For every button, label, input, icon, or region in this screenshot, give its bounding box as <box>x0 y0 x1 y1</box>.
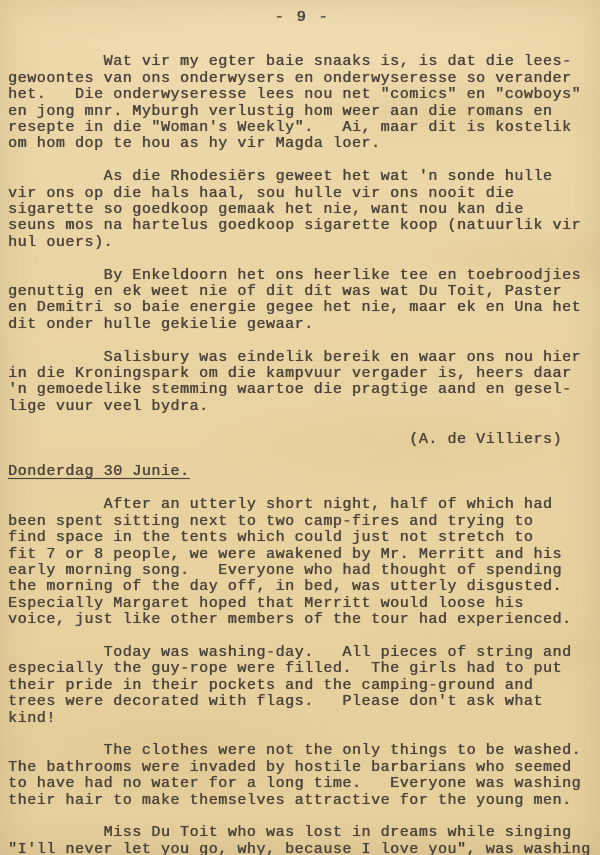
heading: Donderdag 30 Junie. <box>8 464 596 480</box>
text-line: to have had no water for a long time. Ev… <box>8 776 596 792</box>
paragraph: Wat vir my egter baie snaaks is, is dat … <box>8 54 596 152</box>
text-line: sigarette so goedkoop gemaak het nie, wa… <box>8 202 596 218</box>
paragraph: Salisbury was eindelik bereik en waar on… <box>8 350 596 416</box>
text-line: het. Die onderwyseresse lees nou net "co… <box>8 87 596 103</box>
text-line: especially the guy-rope were filled. The… <box>8 661 596 677</box>
text-line: dit onder hulle gekielie gewaar. <box>8 317 596 333</box>
text-line: Salisbury was eindelik bereik en waar on… <box>8 350 596 366</box>
text-line: their pride in their pockets and the cam… <box>8 678 596 694</box>
text-line: voice, just like other members of the to… <box>8 612 596 628</box>
text-line: Wat vir my egter baie snaaks is, is dat … <box>8 54 596 70</box>
text-line: hul ouers). <box>8 235 596 251</box>
text-line: seuns mos na hartelus goedkoop sigarette… <box>8 218 596 234</box>
paragraph: After an utterly short night, half of wh… <box>8 497 596 628</box>
text-line: As die Rhodesiërs geweet het wat 'n sond… <box>8 169 596 185</box>
document-page: - 9 - Wat vir my egter baie snaaks is, i… <box>0 0 600 855</box>
text-line: After an utterly short night, half of wh… <box>8 497 596 513</box>
paragraph: Today was washing-day. All pieces of str… <box>8 645 596 727</box>
text-line: "I'll never let you go, why, because I l… <box>8 842 596 855</box>
text-line: om hom dop te hou as hy vir Magda loer. <box>8 136 596 152</box>
text-line: en jong mnr. Myburgh verlustig hom weer … <box>8 104 596 120</box>
text-line: By Enkeldoorn het ons heerlike tee en to… <box>8 268 596 284</box>
text-line: gewoontes van ons onderwysers en onderwy… <box>8 71 596 87</box>
text-line: early morning song. Everyone who had tho… <box>8 563 596 579</box>
text-line: Especially Margaret hoped that Merritt w… <box>8 596 596 612</box>
text-line: trees were decorated with flags. Please … <box>8 694 596 710</box>
text-line: genuttig en ek weet nie of dit dit was w… <box>8 284 596 300</box>
paragraph: Miss Du Toit who was lost in dreams whil… <box>8 825 596 855</box>
signature: (A. de Villiers) <box>8 432 596 448</box>
text-line: find space in the tents which could just… <box>8 530 596 546</box>
text-line: Miss Du Toit who was lost in dreams whil… <box>8 825 596 841</box>
text-line: 'n gemoedelike stemming waartoe die prag… <box>8 382 596 398</box>
text-line: their hair to make themselves attractive… <box>8 793 596 809</box>
text-line: the morning of the day off, in bed, was … <box>8 579 596 595</box>
text-line: resepte in die "Woman's Weekly". Ai, maa… <box>8 120 596 136</box>
text-line: The clothes were not the only things to … <box>8 743 596 759</box>
text-line: fit 7 or 8 people, we were awakened by M… <box>8 547 596 563</box>
paragraph: By Enkeldoorn het ons heerlike tee en to… <box>8 268 596 334</box>
text-line: been spent sitting next to two camp-fire… <box>8 514 596 530</box>
text-line: kind! <box>8 711 596 727</box>
text-line: en Demitri so baie energie gegee het nie… <box>8 300 596 316</box>
text-line: Today was washing-day. All pieces of str… <box>8 645 596 661</box>
text-line: The bathrooms were invaded by hostile ba… <box>8 760 596 776</box>
text-line: vir ons op die hals haal, sou hulle vir … <box>8 186 596 202</box>
page-number: - 9 - <box>8 10 596 26</box>
text-line: lige vuur veel bydra. <box>8 399 596 415</box>
paragraph: As die Rhodesiërs geweet het wat 'n sond… <box>8 169 596 251</box>
paragraph: The clothes were not the only things to … <box>8 743 596 809</box>
